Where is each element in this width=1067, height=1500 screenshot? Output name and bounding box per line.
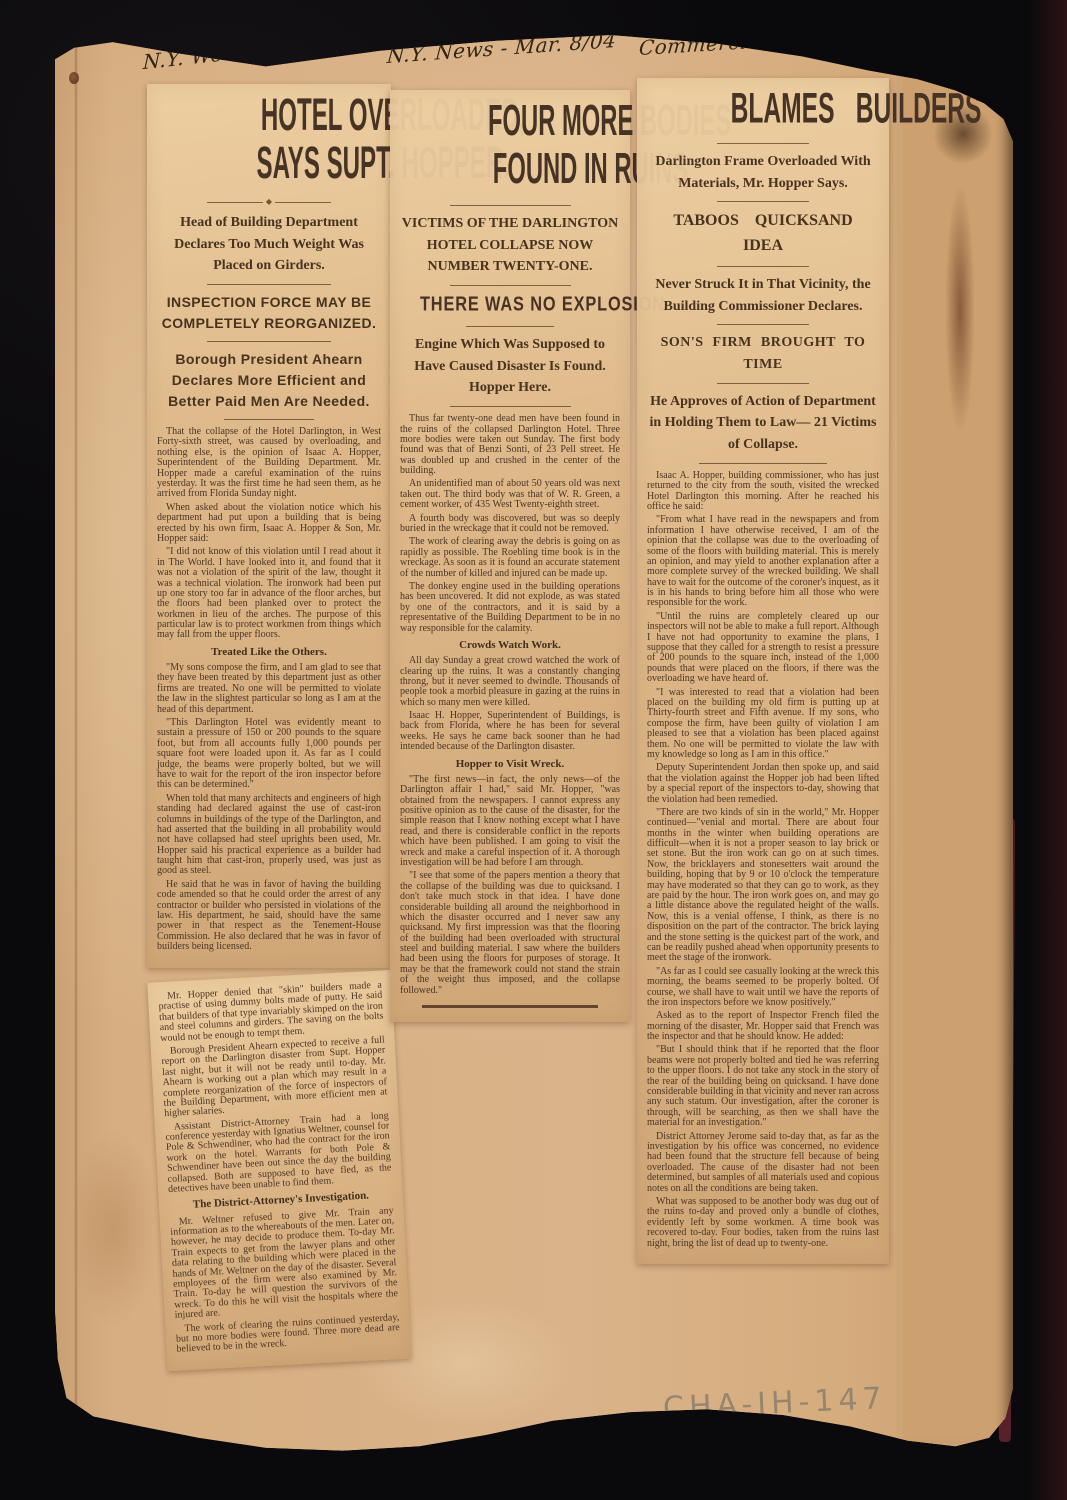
scrapbook-page: N.Y. World. Mar. 8/04 N.Y. News - Mar. 8… (55, 28, 1013, 1452)
newspaper-clipping: FOUR MORE BODIES FOUND IN RUINS VICTIMS … (390, 90, 630, 1022)
headline-line: THERE WAS NO EXPLOSION (420, 295, 665, 315)
paragraph: What was supposed to be another body was… (647, 1197, 879, 1249)
stain (69, 1128, 159, 1328)
deck-headline: SON'S FIRM BROUGHT TO TIME (647, 332, 879, 375)
paragraph: A fourth body was discovered, but was so… (400, 514, 620, 535)
deck-headline: Head of Building Department Declares Too… (157, 212, 381, 277)
section-subhead: Treated Like the Others. (157, 646, 381, 659)
paragraph: "From what I have read in the newspapers… (647, 515, 879, 609)
deck-headline: VICTIMS OF THE DARLINGTON HOTEL COLLAPSE… (400, 213, 620, 278)
paragraph: Deputy Superintendent Jordan then spoke … (647, 763, 879, 805)
paragraph: When asked about the violation notice wh… (157, 503, 381, 545)
headline: FOUND IN RUINS (400, 148, 620, 198)
headline: HOTEL OVERLOADED, (157, 94, 381, 142)
paragraph: Isaac H. Hopper, Superintendent of Build… (400, 711, 620, 753)
paragraph: District Attorney Jerome said to-day tha… (647, 1132, 879, 1194)
handwritten-annotation-source-1: N.Y. World. Mar. 8/04 (143, 26, 369, 74)
stain (945, 184, 975, 434)
deck-headline: Engine Which Was Supposed to Have Caused… (400, 334, 620, 377)
paragraph: Mr. Hopper denied that "skin" builders m… (158, 980, 384, 1044)
deck-headline: INSPECTION FORCE MAY BE COMPLETELY REORG… (157, 292, 381, 334)
paragraph: When told that many architects and engin… (157, 794, 381, 877)
paragraph: "But I should think that if he reported … (647, 1045, 879, 1128)
section-subhead: Hopper to Visit Wreck. (400, 758, 620, 771)
paragraph: "I did not know of this violation until … (157, 547, 381, 641)
paragraph: Assistant District-Attorney Train had a … (165, 1111, 392, 1195)
paragraph: Mr. Weltner refused to give Mr. Train an… (170, 1205, 399, 1320)
paragraph: Asked as to the report of Inspector Fren… (647, 1011, 879, 1042)
paragraph: The donkey engine used in the building o… (400, 582, 620, 634)
divider-rule (717, 201, 810, 202)
divider-rule (450, 406, 571, 407)
scrapbook-photo: { "annotations": { "a1": "N.Y. World. Ma… (0, 0, 1067, 1500)
deck-headline: He Approves of Action of Department in H… (647, 391, 879, 456)
catalog-number: CHA-IH-147 (662, 1381, 887, 1426)
divider-rule (717, 143, 810, 144)
deck-headline: Darlington Frame Overloaded With Materia… (647, 151, 879, 194)
clipping-column-advertiser: BLAMES BUILDERS Darlington Frame Overloa… (637, 78, 889, 1264)
divider-rule (450, 205, 571, 206)
divider-rule (207, 284, 330, 285)
paragraph: That the collapse of the Hotel Darlingto… (157, 427, 381, 500)
divider-rule (450, 285, 571, 286)
newspaper-clipping: HOTEL OVERLOADED, SAYS SUPT. HOPPER. ◆ H… (147, 84, 391, 968)
deck-headline: Never Struck It in That Vicinity, the Bu… (647, 274, 879, 317)
divider-ornament: ◆ (207, 198, 330, 206)
divider-rule (466, 326, 554, 327)
newspaper-clipping-tilted: Mr. Hopper denied that "skin" builders m… (147, 970, 411, 1371)
paragraph: "Until the ruins are completely cleared … (647, 612, 879, 685)
paragraph: He said that he was in favor of having t… (157, 880, 381, 953)
divider-rule (224, 419, 314, 420)
paragraph: "The first news—in fact, the only news—o… (400, 775, 620, 869)
diamond-ornament-icon: ◆ (263, 198, 275, 206)
end-rule (422, 1005, 598, 1008)
newspaper-clipping: BLAMES BUILDERS Darlington Frame Overloa… (637, 78, 889, 1264)
paragraph: "As far as I could see casually looking … (647, 967, 879, 1009)
clipping-column-news: FOUR MORE BODIES FOUND IN RUINS VICTIMS … (390, 90, 630, 1022)
binding-grommet (69, 72, 79, 84)
paragraph: "I see that some of the papers mention a… (400, 871, 620, 996)
divider-rule (717, 383, 810, 384)
deck-headline: TABOOS QUICKSAND IDEA (647, 209, 879, 259)
deck-headline: THERE WAS NO EXPLOSION (400, 293, 620, 319)
paragraph: "This Darlington Hotel was evidently mea… (157, 718, 381, 791)
book-cover-edge (1027, 0, 1067, 1500)
deck-headline: Hopper Here. (400, 377, 620, 399)
divider-rule (699, 463, 827, 464)
paragraph: An unidentified man of about 50 years ol… (400, 479, 620, 510)
headline: BLAMES BUILDERS (647, 88, 879, 136)
handwritten-annotation-source-3: Commercial Advertiser Mar 7/04 (638, 15, 989, 61)
paragraph: "My sons compose the firm, and I am glad… (157, 663, 381, 715)
paragraph: Borough President Ahearn expected to rec… (161, 1035, 388, 1119)
paragraph: Isaac A. Hopper, building commissioner, … (647, 471, 879, 513)
headline: FOUR MORE BODIES (400, 100, 620, 148)
paragraph: The work of clearing away the debris is … (400, 537, 620, 579)
headline-line: BLAMES BUILDERS (731, 87, 982, 130)
divider-rule (717, 266, 810, 267)
deck-headline: Borough President Ahearn Declares More E… (157, 349, 381, 412)
clipping-column-world: HOTEL OVERLOADED, SAYS SUPT. HOPPER. ◆ H… (147, 84, 391, 1358)
section-subhead: Crowds Watch Work. (400, 639, 620, 652)
page-edge-stack (897, 34, 1013, 1444)
headline: SAYS SUPT. HOPPER. (157, 142, 381, 192)
paragraph: All day Sunday a great crowd watched the… (400, 656, 620, 708)
paragraph: Thus far twenty-one dead men have been f… (400, 414, 620, 476)
divider-rule (717, 324, 810, 325)
divider-rule (207, 341, 330, 342)
paragraph: "I was interested to read that a violati… (647, 688, 879, 761)
handwritten-annotation-source-2: N.Y. News - Mar. 8/04 (386, 28, 617, 68)
paragraph: "There are two kinds of sin in the world… (647, 808, 879, 964)
